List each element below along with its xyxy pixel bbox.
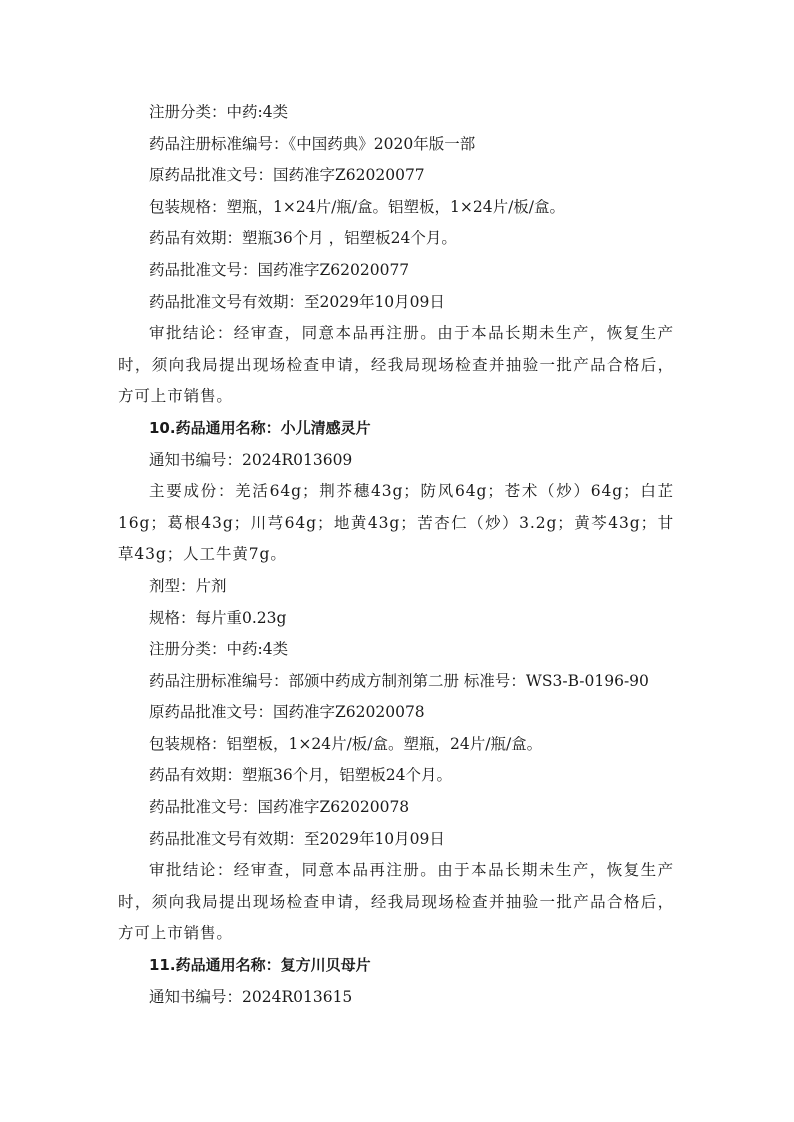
main-ingredients: 主要成份：羌活64g；荆芥穗43g；防风64g；苍术（炒）64g；白芷16g；葛… xyxy=(118,476,674,571)
approval-number: 药品批准文号：国药准字Z62020077 xyxy=(118,255,674,287)
standard-number: 药品注册标准编号：《中国药典》2020年版一部 xyxy=(118,129,674,161)
notice-number: 通知书编号：2024R013609 xyxy=(118,445,674,477)
specification: 规格：每片重0.23g xyxy=(118,603,674,635)
section-11-heading: 11.药品通用名称：复方川贝母片 xyxy=(118,950,674,982)
notice-number: 通知书编号：2024R013615 xyxy=(118,982,674,1014)
shelf-life: 药品有效期：塑瓶36个月 ，铝塑板24个月。 xyxy=(118,223,674,255)
document-page: 注册分类：中药:4类 药品注册标准编号：《中国药典》2020年版一部 原药品批准… xyxy=(118,97,674,1013)
approval-conclusion: 审批结论：经审查，同意本品再注册。由于本品长期未生产，恢复生产时，须向我局提出现… xyxy=(118,318,674,413)
approval-number: 药品批准文号：国药准字Z62020078 xyxy=(118,792,674,824)
original-approval-number: 原药品批准文号：国药准字Z62020077 xyxy=(118,160,674,192)
standard-number: 药品注册标准编号：部颁中药成方制剂第二册 标准号：WS3-B-0196-90 xyxy=(118,666,674,698)
shelf-life: 药品有效期：塑瓶36个月，铝塑板24个月。 xyxy=(118,760,674,792)
packaging-spec: 包装规格：铝塑板，1×24片/板/盒。塑瓶，24片/瓶/盒。 xyxy=(118,729,674,761)
approval-validity: 药品批准文号有效期：至2029年10月09日 xyxy=(118,824,674,856)
dosage-form: 剂型：片剂 xyxy=(118,571,674,603)
section-10-heading: 10.药品通用名称：小儿清感灵片 xyxy=(118,413,674,445)
approval-validity: 药品批准文号有效期：至2029年10月09日 xyxy=(118,287,674,319)
approval-conclusion: 审批结论：经审查，同意本品再注册。由于本品长期未生产，恢复生产时，须向我局提出现… xyxy=(118,855,674,950)
packaging-spec: 包装规格：塑瓶，1×24片/瓶/盒。铝塑板，1×24片/板/盒。 xyxy=(118,192,674,224)
registration-class: 注册分类：中药:4类 xyxy=(118,634,674,666)
registration-class: 注册分类：中药:4类 xyxy=(118,97,674,129)
original-approval-number: 原药品批准文号：国药准字Z62020078 xyxy=(118,697,674,729)
